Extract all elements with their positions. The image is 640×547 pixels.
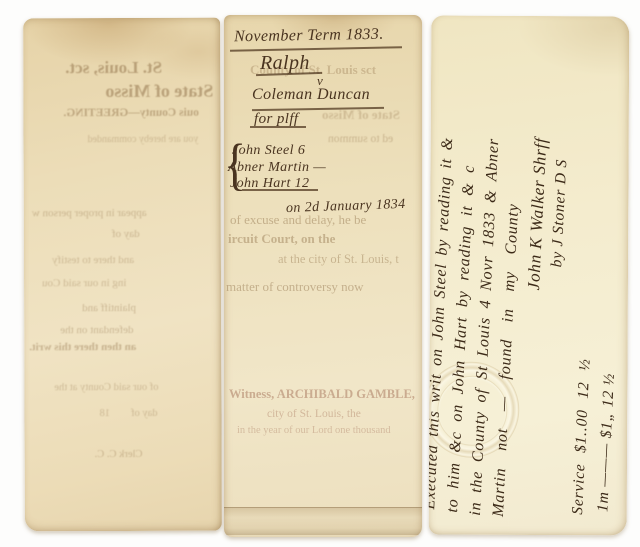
showthrough-line: defendant on the [60,324,133,336]
showthrough-line: Clerk C. C. [95,449,143,460]
showthrough-line: ing in our said Cou [42,277,126,289]
showthrough-line: ouis County—GREETING. [63,107,199,119]
showthrough-line: city of St. Louis, the [267,408,361,420]
defendant-name: Coleman Duncan [252,86,370,104]
witness-name: John Steel 6 [232,143,305,159]
showthrough-line: State of Misso [105,81,213,102]
showthrough-line: ed to summon [328,133,393,145]
showthrough-line: an then there this writ. [29,341,136,353]
witness-name: Abner Martin — [228,160,326,176]
ink-underline [242,189,318,191]
sheriff-return-block: Executed this writ on John Steel by read… [429,15,630,522]
date-note: on 2d January 1834 [286,197,406,217]
showthrough-line: appear in proper person w [32,207,147,219]
right-page-panel: Executed this writ on John Steel by read… [429,15,630,535]
showthrough-line: day of [112,228,140,240]
showthrough-line: plaintiff and [82,302,136,314]
middle-page-panel: County of St. Louis sct State of Misso e… [224,15,422,537]
showthrough-line: ircuit Court, on the [228,231,335,247]
showthrough-line: you are hereby commanded [88,134,199,145]
showthrough-line: of our said County at the [54,382,158,393]
showthrough-line: St. Louis, sct. [65,58,162,78]
left-page-panel: St. Louis, sct. State of Misso ouis Coun… [23,18,222,532]
term-heading: November Term 1833. [234,26,384,47]
showthrough-line: in the year of our Lord one thousand [237,425,391,436]
showthrough-line: and there to testify [52,254,134,266]
showthrough-line: Witness, ARCHIBALD GAMBLE, [229,387,415,402]
showthrough-line: matter of controversy now [226,279,364,295]
showthrough-line: State of Misso [322,107,400,123]
showthrough-line: day of 18 [99,408,157,419]
scanned-document: St. Louis, sct. State of Misso ouis Coun… [0,0,640,547]
ink-underline [230,46,402,51]
ink-underline [250,126,306,128]
fold-crease [224,507,422,535]
showthrough-line: at the city of St. Louis, t [278,252,399,267]
